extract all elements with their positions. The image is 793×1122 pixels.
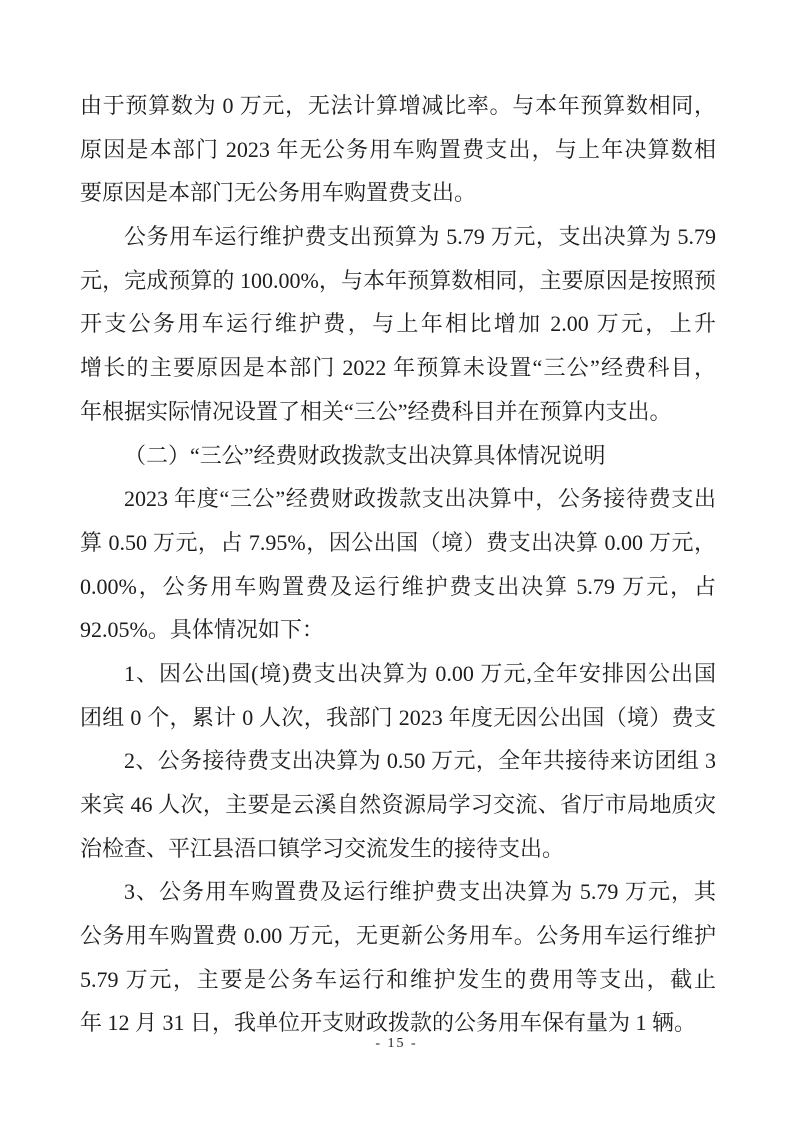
text-line: 原因是本部门 2023 年无公务用车购置费支出，与上年决算数相同，主 [80, 128, 716, 172]
section-heading: （二）“三公”经费财政拨款支出决算具体情况说明 [80, 434, 716, 478]
text-line: 要原因是本部门无公务用车购置费支出。 [80, 171, 716, 215]
document-body: 由于预算数为 0 万元，无法计算增减比率。与本年预算数相同，主要 原因是本部门 … [80, 84, 716, 1045]
document-page: 由于预算数为 0 万元，无法计算增减比率。与本年预算数相同，主要 原因是本部门 … [0, 0, 793, 1122]
text-line: 0.00%，公务用车购置费及运行维护费支出决算 5.79 万元，占 [80, 565, 716, 609]
text-line: 1、因公出国(境)费支出决算为 0.00 万元,全年安排因公出国(境) [80, 652, 716, 696]
text-line: 3、公务用车购置费及运行维护费支出决算为 5.79 万元，其中： [80, 870, 716, 914]
text-line: 来宾 46 人次，主要是云溪自然资源局学习交流、省厅市局地质灾害防 [80, 783, 716, 827]
text-line: 年根据实际情况设置了相关“三公”经费科目并在预算内支出。 [80, 390, 716, 434]
text-line: 由于预算数为 0 万元，无法计算增减比率。与本年预算数相同，主要 [80, 84, 716, 128]
page-number: - 15 - [375, 1036, 417, 1051]
page-footer: - 15 - [0, 1036, 793, 1052]
text-line: 2023 年度“三公”经费财政拨款支出决算中，公务接待费支出决 [80, 477, 716, 521]
text-line: 5.79 万元，主要是公务车运行和维护发生的费用等支出，截止 2023 [80, 958, 716, 1002]
text-line: 92.05%。具体情况如下： [80, 608, 716, 652]
text-line: 增长的主要原因是本部门 2022 年预算未设置“三公”经费科目，2023 [80, 346, 716, 390]
text-line: 2、公务接待费支出决算为 0.50 万元，全年共接待来访团组 3 个， [80, 739, 716, 783]
text-line: 算 0.50 万元，占 7.95%，因公出国（境）费支出决算 0.00 万元，占 [80, 521, 716, 565]
text-line: 元，完成预算的 100.00%，与本年预算数相同，主要原因是按照预算 [80, 259, 716, 303]
text-line: 治检查、平江县浯口镇学习交流发生的接待支出。 [80, 827, 716, 871]
text-line: 团组 0 个，累计 0 人次，我部门 2023 年度无因公出国（境）费支出。 [80, 696, 716, 740]
text-line: 开支公务用车运行维护费，与上年相比增加 2.00 万元，上升 52.77%， [80, 302, 716, 346]
text-line: 公务用车购置费 0.00 万元，无更新公务用车。公务用车运行维护费 [80, 914, 716, 958]
text-line: 公务用车运行维护费支出预算为 5.79 万元，支出决算为 5.79 万 [80, 215, 716, 259]
